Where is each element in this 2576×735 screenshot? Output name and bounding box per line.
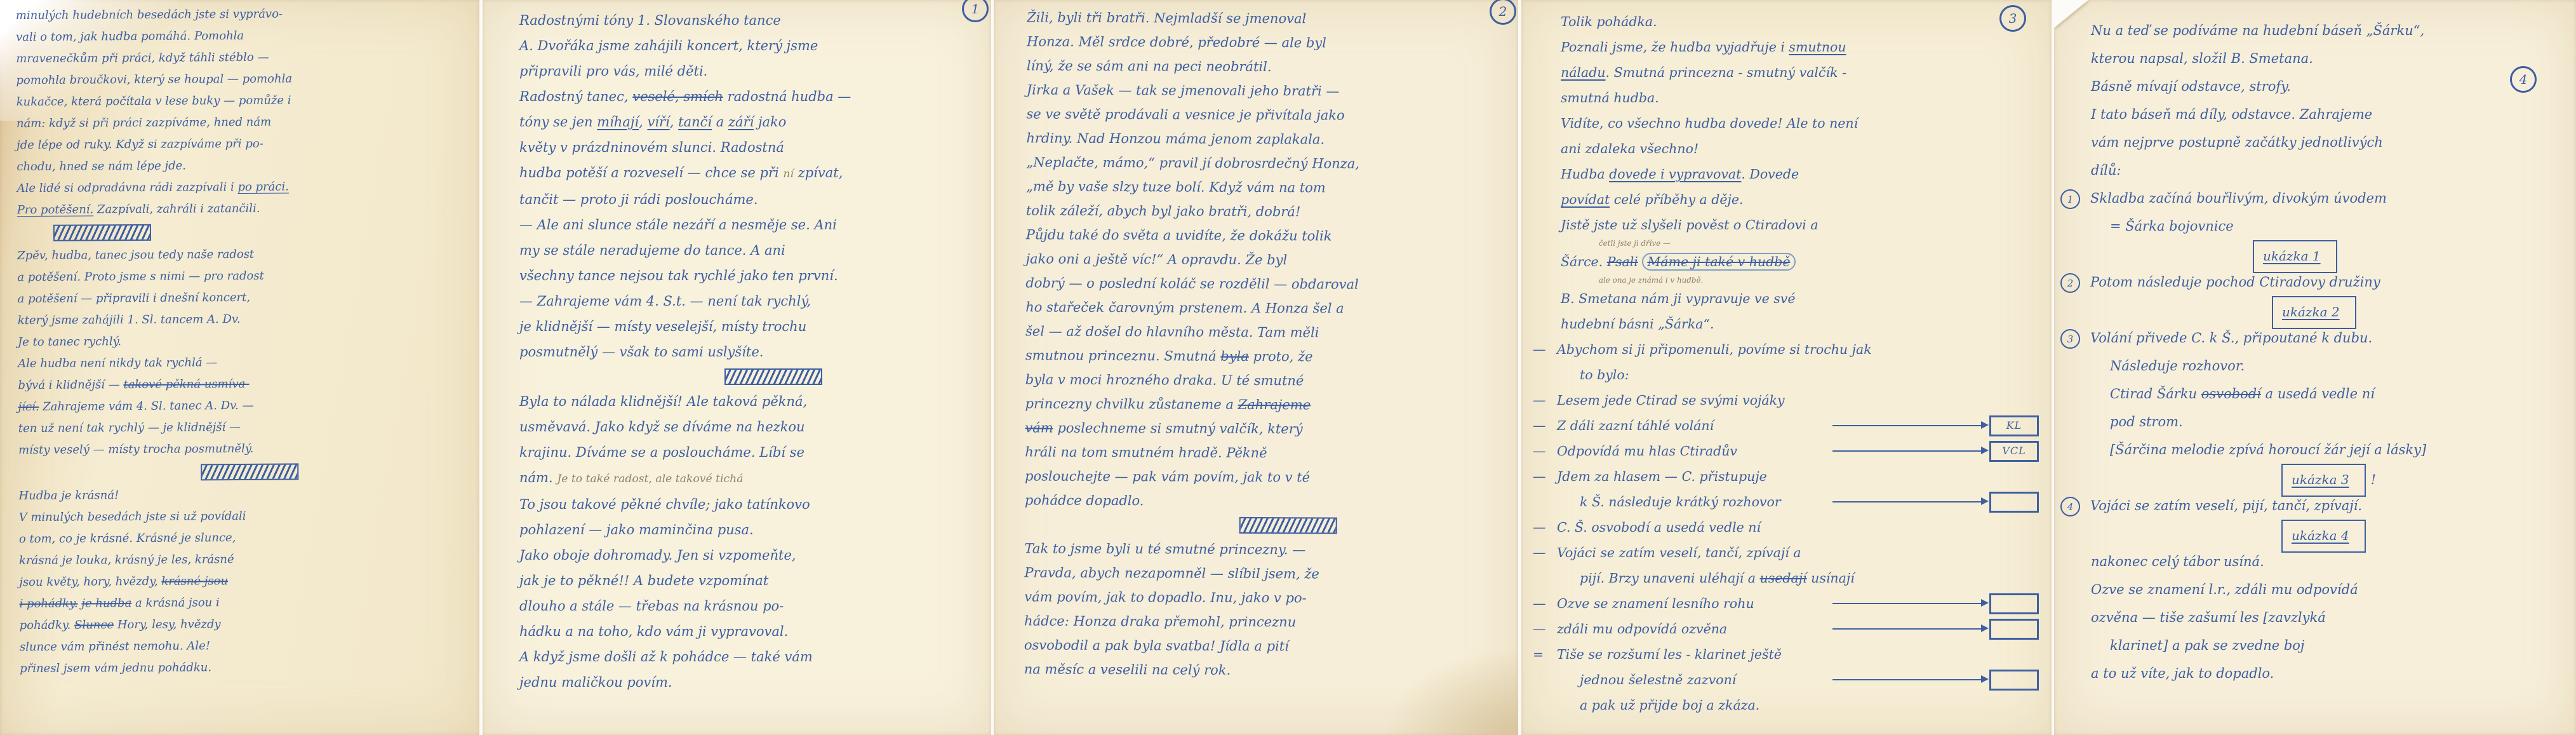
list-dash-marker: —	[1533, 616, 1547, 642]
handwritten-line: bývá i klidnější — takové pěkná usmíva-	[18, 372, 473, 396]
ink-text: víří	[647, 114, 669, 130]
handwritten-line: jak je to pěkné!! A budete vzpomínat	[519, 568, 986, 593]
ink-text: dovede i vypravovat	[1609, 166, 1741, 182]
handwritten-line: osvobodil a pak byla svatba! Jídla a pit…	[1024, 633, 1512, 659]
handwritten-line: Radostnými tóny 1. Slovanského tance	[519, 8, 986, 33]
page-1-text: minulých hudebních besedách jste si vypr…	[0, 0, 479, 680]
handwritten-line: kterou napsal, složil B. Smetana.	[2091, 44, 2567, 72]
ink-text: krajinu. Díváme se a posloucháme. Líbí s…	[519, 445, 804, 460]
handwritten-line: 3Volání přivede C. k Š., připoutané k du…	[2091, 324, 2567, 352]
handwritten-line: Šárce. Psali Máme ji také v hudbě	[1561, 249, 2044, 274]
ink-text: a potěšení. Proto jsme s nimi — pro rado…	[17, 269, 264, 284]
ink-text: byla v moci hrozného draka. U té smutné	[1025, 372, 1304, 388]
ink-text: Žili, byli tři bratři. Nejmladší se jmen…	[1027, 10, 1306, 26]
section-divider	[53, 224, 151, 241]
arrow-line	[1832, 628, 1982, 630]
ink-text: usedají	[1760, 570, 1807, 586]
handwritten-line: Vidíte, co všechno hudba dovede! Ale to …	[1561, 111, 2044, 136]
handwritten-line: 1Skladba začíná bouřlivým, divokým úvode…	[2091, 184, 2567, 212]
ink-text: Šárce.	[1561, 254, 1607, 269]
ink-text: pohlazení — jako maminčina pusa.	[519, 522, 754, 537]
handwritten-line: jící. Zahrajeme vám 4. Sl. tanec A. Dv. …	[18, 394, 474, 418]
ink-text: povídat	[1561, 192, 1610, 207]
ink-text: ani zdaleka všechno!	[1561, 141, 1698, 156]
ink-text: září	[728, 114, 754, 130]
pencil-text: četli jste ji dříve —	[1599, 239, 1671, 248]
list-dash-marker: —	[1533, 591, 1547, 616]
handwritten-line: —Odpovídá mu hlas CtiradůvVCL	[1561, 438, 2044, 464]
ink-text: ,	[639, 114, 647, 130]
ink-text: . Dovede	[1741, 166, 1799, 182]
ink-text: místy veselý — místy trocha posmutnělý.	[18, 442, 253, 457]
handwritten-line: —Jdem za hlasem — C. přistupuje	[1561, 464, 2044, 489]
arrow-line	[1832, 450, 1982, 452]
ink-text: krásná je louka, krásný je les, krásné	[19, 553, 234, 567]
ink-text: a krásná jsou i	[131, 596, 220, 610]
ink-text: Následuje rozhovor.	[2110, 358, 2245, 374]
ink-text: proto, že	[1249, 349, 1313, 364]
handwritten-line: A když jsme došli až k pohádce — také vá…	[519, 644, 986, 670]
handwritten-line: Tolik pohádka.	[1561, 9, 2044, 34]
ink-text: Radostnými tóny 1. Slovanského tance	[519, 13, 781, 28]
ink-text: všechny tance nejsou tak rychlé jako ten…	[519, 268, 838, 283]
handwritten-line: —Z dáli zazní táhlé voláníKL	[1561, 413, 2044, 438]
page-5-text: Nu a teď se podíváme na hudební báseň „Š…	[2054, 0, 2576, 687]
ink-text: Pravda, abych nezapomněl — slíbil jsem, …	[1024, 565, 1319, 581]
ink-text: byla	[1220, 349, 1249, 364]
handwritten-line: I tato báseň má díly, odstavce. Zahrajem…	[2091, 100, 2567, 128]
pencil-note-line: četli jste ji dříve —	[1561, 238, 2044, 249]
ink-text: Poznali jsme, že hudba vyjadřuje i	[1561, 39, 1789, 55]
handwritten-line: vali o tom, jak hudba pomáhá. Pomohla	[16, 24, 471, 48]
ink-text: Pro potěšení.	[17, 203, 94, 217]
handwritten-line: to bylo:	[1561, 362, 2044, 388]
handwritten-line: smutná hudba.	[1561, 85, 2044, 111]
page-4: 3 Tolik pohádka.Poznali jsme, že hudba v…	[1521, 0, 2052, 735]
ink-text: jak je to pěkné!! A budete vzpomínat	[519, 573, 768, 588]
handwritten-line: Ale hudba není nikdy tak rychlá —	[18, 351, 473, 375]
ink-text: Skladba začíná bouřlivým, divokým úvodem	[2090, 191, 2387, 206]
page-3: 2 Žili, byli tři bratři. Nejmladší se jm…	[994, 0, 1518, 735]
handwritten-line: To jsou takové pěkné chvíle; jako tatínk…	[519, 492, 986, 517]
handwritten-line: připravili pro vás, milé děti.	[519, 58, 986, 84]
ink-text: To jsou takové pěkné chvíle; jako tatínk…	[519, 497, 810, 512]
ink-text: květy v prázdninovém slunci. Radostná	[519, 140, 784, 155]
ink-text: Byla to nálada klidnější! Ale taková pěk…	[519, 394, 807, 409]
handwritten-line: Je to tanec rychlý.	[18, 329, 473, 353]
ink-text: hádku a na toho, kdo vám ji vypravoval.	[519, 624, 788, 639]
ink-text: i pohádky.	[19, 597, 77, 611]
handwritten-line: hádku a na toho, kdo vám ji vypravoval.	[519, 619, 986, 644]
ink-text: Odpovídá mu hlas Ctiradův	[1557, 438, 1737, 464]
ink-text: Zpěv, hudba, tanec jsou tedy naše radost	[17, 248, 254, 262]
ink-text: je hudba	[81, 597, 131, 610]
handwritten-line: Pro potěšení. Zazpívali, zahráli i zatan…	[17, 197, 472, 221]
ink-text: Vidíte, co všechno hudba dovede! Ale to …	[1561, 116, 1858, 131]
ink-text: zdáli mu odpovídá ozvěna	[1557, 616, 1727, 642]
ink-text: a to už víte, jak to dopadlo.	[2091, 666, 2274, 681]
ink-text: pijí. Brzy unaveni uléhají a	[1580, 570, 1760, 586]
handwritten-line: jednou šelestně zazvoní	[1561, 667, 2044, 692]
handwritten-line: přinesl jsem vám jednu pohádku.	[20, 656, 475, 680]
ink-text: Hudba je krásná!	[18, 489, 119, 502]
handwritten-line: a potěšení. Proto jsme s nimi — pro rado…	[17, 264, 472, 288]
handwritten-line: pijí. Brzy unaveni uléhají a usedají usí…	[1561, 565, 2044, 591]
ink-text: [Šárčina melodie zpívá horoucí žár její …	[2110, 442, 2426, 457]
handwritten-line: Následuje rozhovor.	[2091, 352, 2567, 380]
ink-text: smutnou princeznu. Smutná	[1025, 347, 1220, 363]
handwritten-line: ho stařeček čarovným prstenem. A Honza š…	[1025, 295, 1513, 321]
handwritten-line: slunce vám přinést nemohu. Ale!	[20, 634, 475, 658]
handwritten-line: Jirka a Vašek — tak se jmenovali jeho br…	[1027, 78, 1514, 104]
handwritten-line: kukačce, která počítala v lese buky — po…	[17, 89, 472, 113]
handwritten-line: k Š. následuje krátký rozhovor	[1561, 489, 2044, 515]
handwritten-line: —C. Š. osvobodí a usedá vedle ní	[1561, 515, 2044, 540]
handwritten-line: jako oni a ještě víc!“ A opravdu. Že byl	[1025, 246, 1513, 273]
ink-text: nám.	[519, 470, 557, 485]
handwritten-line: minulých hudebních besedách jste si vypr…	[16, 3, 471, 27]
handwritten-line: tolik záleží, abych byl jako bratři, dob…	[1026, 198, 1514, 224]
handwritten-line: na měsíc a veselili na celý rok.	[1024, 657, 1512, 683]
sample-label-suffix: !	[2371, 472, 2376, 487]
ink-text: usměvavá. Jako když se díváme na hezkou	[519, 419, 805, 435]
handwritten-line: dílů:	[2091, 156, 2567, 184]
ink-text: poslechneme si smutný valčík, který	[1053, 421, 1303, 437]
ink-text: krásné jsou	[161, 574, 228, 588]
ink-text: hudba potěší a rozveselí — chce se při	[519, 165, 783, 180]
handwritten-line: ani zdaleka všechno!	[1561, 136, 2044, 161]
ink-text: který jsme zahájili 1. Sl. tancem A. Dv.	[18, 313, 241, 327]
handwritten-line: byla v moci hrozného draka. U té smutné	[1025, 367, 1513, 393]
pencil-text: ale ona je známá i v hudbě.	[1599, 276, 1703, 285]
ink-text: vám nejprve postupně začátky jednotlivýc…	[2091, 135, 2383, 150]
ink-text: = Šárka bojovnice	[2110, 219, 2234, 234]
ink-text: Slunce	[74, 618, 114, 631]
empty-cue-box	[1989, 492, 2039, 513]
ink-text: „Neplačte, mámo,“ pravil jí dobrosrdečný…	[1026, 154, 1359, 171]
handwritten-line: náladu. Smutná princezna - smutný valčík…	[1561, 60, 2044, 85]
handwritten-line: šel — až došel do hlavního města. Tam mě…	[1025, 319, 1513, 345]
ink-text: Ozve se znamení lesního rohu	[1557, 591, 1754, 616]
arrow-line	[1832, 603, 1982, 605]
pencil-note-line: ale ona je známá i v hudbě.	[1561, 274, 2044, 286]
handwritten-line: 2Potom následuje pochod Ctiradovy družin…	[2091, 268, 2567, 296]
handwritten-line: a to už víte, jak to dopadlo.	[2091, 659, 2567, 687]
ink-text: Psali	[1607, 254, 1638, 269]
handwritten-line: A. Dvořáka jsme zahájili koncert, který …	[519, 33, 986, 58]
list-dash-marker: —	[1533, 413, 1547, 438]
ink-text: usínají	[1807, 570, 1855, 586]
ink-text: — Zahrajeme vám 4. S.t. — není tak rychl…	[519, 293, 811, 309]
handwritten-line: poslouchejte — pak vám povím, jak to v t…	[1025, 464, 1512, 490]
section-divider	[724, 368, 822, 385]
page-2-text: Radostnými tóny 1. Slovanského tanceA. D…	[483, 0, 991, 695]
ink-text: smutnou	[1789, 39, 1846, 55]
ink-text: osvobodí	[2201, 386, 2261, 401]
ink-text: a potěšení — připravili i dnešní koncert…	[18, 291, 251, 306]
ink-text: tóny se jen	[519, 114, 597, 130]
list-dash-marker: —	[1533, 540, 1547, 565]
ink-text: bývá i klidnější —	[18, 378, 123, 392]
ink-text: B. Smetana nám ji vypravuje ve své	[1561, 291, 1795, 306]
ink-text: A. Dvořáka jsme zahájili koncert, který …	[519, 38, 818, 53]
ink-text: a	[712, 114, 728, 130]
ink-text: nakonec celý tábor usíná.	[2091, 554, 2264, 569]
handwritten-line: se ve světě prodávali a vesnice je přiví…	[1026, 102, 1514, 128]
ink-text: Lesem jede Ctirad se svými vojáky	[1557, 393, 1785, 408]
handwritten-line: pohádky. Slunce Hory, lesy, hvězdy	[20, 612, 475, 637]
ink-text: poslouchejte — pak vám povím, jak to v t…	[1025, 468, 1310, 485]
circled-item-number: 4	[2060, 497, 2080, 516]
ink-text: o tom, co je krásné. Krásné je slunce,	[19, 531, 236, 546]
handwritten-line: Hudba dovede i vypravovat. Dovede	[1561, 161, 2044, 187]
ink-text: Abychom si ji připomenuli, povíme si tro…	[1557, 342, 1872, 357]
ink-text: osvobodil a pak byla svatba! Jídla a pit…	[1024, 637, 1289, 654]
ink-text: kukačce, která počítala v lese buky — po…	[17, 93, 291, 109]
handwritten-line: 4Vojáci se zatím veselí, pijí, tančí, zp…	[2091, 492, 2567, 520]
ink-text: a usedá vedle ní	[2261, 386, 2375, 401]
ink-text: líný, že se sám ani na peci neobrátil.	[1027, 58, 1272, 74]
section-divider	[201, 463, 298, 480]
ink-text: tolik záleží, abych byl jako bratři, dob…	[1026, 203, 1301, 219]
ink-text: ho stařeček čarovným prstenem. A Honza š…	[1025, 299, 1344, 316]
handwritten-line: usměvavá. Jako když se díváme na hezkou	[519, 414, 986, 440]
ink-text: radostná hudba —	[723, 89, 851, 104]
circled-item-number: 2	[2060, 273, 2080, 293]
arrow-line	[1832, 501, 1982, 503]
ink-text: Básně mívají odstavce, strofy.	[2091, 79, 2291, 94]
handwritten-line: princezny chvilku zůstaneme a Zahrajeme	[1025, 391, 1512, 417]
ink-text: Hudba	[1561, 166, 1609, 182]
handwritten-line: dlouho a stále — třebas na krásnou po-	[519, 593, 986, 619]
handwritten-line: hudba potěší a rozveselí — chce se při n…	[519, 160, 986, 187]
ink-text: chodu, hned se nám lépe jde.	[17, 159, 186, 174]
ink-text: hudební básni „Šárka“.	[1561, 316, 1714, 332]
handwritten-line: — Zahrajeme vám 4. S.t. — není tak rychl…	[519, 288, 986, 314]
list-dash-marker: —	[1533, 337, 1547, 362]
handwritten-line: Půjdu také do světa a uvidíte, že dokážu…	[1026, 222, 1514, 248]
ink-text: pomohla broučkovi, který se houpal — pom…	[16, 72, 292, 87]
handwritten-line: vám povím, jak to dopadlo. Inu, jako v p…	[1024, 584, 1512, 610]
ink-text: Vojáci se zatím veselí, tančí, zpívají a	[1557, 545, 1801, 560]
handwritten-line: jednu maličkou povím.	[519, 670, 986, 695]
ink-text: minulých hudebních besedách jste si vypr…	[16, 8, 283, 23]
ink-text: Tolik pohádka.	[1561, 14, 1657, 29]
section-divider	[1239, 517, 1337, 534]
page-3-text: Žili, byli tři bratři. Nejmladší se jmen…	[994, 0, 1518, 684]
ink-text: jsou květy, hory, hvězdy,	[19, 575, 161, 589]
ink-text: klarinet] a pak se zvedne boj	[2110, 638, 2304, 653]
ink-text: přinesl jsem vám jednu pohádku.	[20, 661, 211, 675]
ink-text: slunce vám přinést nemohu. Ale!	[20, 639, 210, 654]
ink-text: tančit — proto ji rádi posloucháme.	[519, 192, 758, 207]
ink-text: Vojáci se zatím veselí, pijí, tančí, zpí…	[2090, 498, 2362, 513]
ink-text: Potom následuje pochod Ctiradovy družiny	[2090, 274, 2380, 290]
list-dash-marker: —	[1533, 515, 1547, 540]
handwritten-line: Tak to jsme byli u té smutné princezny. …	[1024, 536, 1512, 562]
ink-text: nám: když si při práci zazpíváme, hned n…	[17, 116, 271, 130]
music-sample-row: ukázka 2	[2272, 296, 2567, 324]
empty-cue-box	[1989, 670, 2039, 691]
ink-text: Jako oboje dohromady. Jen si vzpomeňte,	[519, 548, 796, 563]
ink-text: míhají	[597, 114, 639, 130]
ink-text: ozvěna — tiše zašumí les [zavzlyká	[2091, 610, 2326, 625]
ink-text: dlouho a stále — třebas na krásnou po-	[519, 598, 784, 614]
ink-text: kterou napsal, složil B. Smetana.	[2091, 51, 2313, 66]
handwritten-line: —Abychom si ji připomenuli, povíme si tr…	[1561, 337, 2044, 362]
ink-text: Ozve se znamení l.r., zdáli mu odpovídá	[2091, 582, 2358, 597]
page-2: 1 Radostnými tóny 1. Slovanského tanceA.…	[483, 0, 991, 735]
handwritten-line: ozvěna — tiše zašumí les [zavzlyká	[2091, 604, 2567, 631]
ink-text: je klidnější — místy veselejší, místy tr…	[519, 319, 806, 334]
ink-text: šel — až došel do hlavního města. Tam mě…	[1025, 323, 1319, 340]
handwritten-line: vám nejprve postupně začátky jednotlivýc…	[2091, 128, 2567, 156]
empty-cue-box	[1989, 619, 2039, 640]
ink-text: Zazpívali, zahráli i zatančili.	[93, 202, 260, 217]
empty-cue-box	[1989, 593, 2039, 614]
handwritten-line: „mě by vaše slzy tuze bolí. Když vám na …	[1026, 174, 1514, 200]
handwritten-line: Poznali jsme, že hudba vyjadřuje i smutn…	[1561, 34, 2044, 60]
ink-text: Nu a teď se podíváme na hudební báseň „Š…	[2091, 23, 2424, 38]
handwritten-line: Ale lidé si odpradávna rádi zazpívali i …	[17, 175, 472, 199]
ink-text: a pak už přijde boj a zkáza.	[1580, 698, 1759, 713]
handwritten-line: Básně mívají odstavce, strofy.	[2091, 72, 2567, 100]
handwritten-line: =Tiše se rozšumí les - klarinet ještě	[1561, 642, 2044, 667]
handwritten-line: jsou květy, hory, hvězdy, krásné jsou	[19, 569, 474, 593]
handwritten-line: posmutnělý — však to sami uslyšíte.	[519, 339, 986, 365]
ink-text: my se stále neradujeme do tance. A ani	[519, 243, 785, 258]
ink-text: Z dáli zazní táhlé volání	[1557, 413, 1714, 438]
ink-text: se ve světě prodávali a vesnice je přiví…	[1027, 106, 1345, 123]
handwritten-line: který jsme zahájili 1. Sl. tancem A. Dv.	[18, 307, 473, 332]
music-sample-label: ukázka 4	[2281, 520, 2366, 553]
ink-text: pod strom.	[2110, 414, 2183, 429]
handwritten-line: a pak už přijde boj a zkáza.	[1561, 692, 2044, 718]
music-sample-row: ukázka 4	[2281, 520, 2567, 548]
handwritten-line: tóny se jen míhají, víří, tančí a září j…	[519, 109, 986, 135]
ink-text: Tak to jsme byli u té smutné princezny. …	[1025, 541, 1306, 557]
handwritten-line: líný, že se sám ani na peci neobrátil.	[1027, 53, 1514, 79]
ink-text: smutná hudba.	[1561, 90, 1659, 105]
ink-text: jako oni a ještě víc!“ A opravdu. Že byl	[1026, 251, 1288, 267]
handwritten-line: jde lépe od ruky. Když si zazpíváme při …	[17, 132, 472, 156]
list-dash-marker: —	[1533, 438, 1547, 464]
ink-text: Hory, lesy, hvězdy	[114, 617, 221, 631]
handwritten-line: Ozve se znamení l.r., zdáli mu odpovídá	[2091, 576, 2567, 604]
ink-text: „mě by vaše slzy tuze bolí. Když vám na …	[1026, 179, 1326, 195]
list-dash-marker: =	[1533, 642, 1547, 667]
ink-text: dílů:	[2091, 163, 2121, 178]
handwritten-line: chodu, hned se nám lépe jde.	[17, 154, 472, 178]
ink-text: jednu maličkou povím.	[519, 675, 672, 690]
handwritten-line: Honza. Měl srdce dobré, předobré — ale b…	[1027, 29, 1514, 55]
ink-text: vali o tom, jak hudba pomáhá. Pomohla	[16, 29, 244, 44]
ink-text: připravili pro vás, milé děti.	[519, 64, 707, 79]
ink-text: Tiše se rozšumí les - klarinet ještě	[1557, 647, 1782, 662]
ink-text: Zahrajeme vám 4. Sl. tanec A. Dv. —	[39, 399, 253, 414]
handwritten-line: Jako oboje dohromady. Jen si vzpomeňte,	[519, 543, 986, 568]
ink-text: Honza. Měl srdce dobré, předobré — ale b…	[1027, 34, 1326, 50]
ink-text: Ctirad Šárku	[2110, 386, 2201, 401]
handwritten-line: [Šárčina melodie zpívá horoucí žár její …	[2091, 436, 2567, 464]
ink-text: ,	[670, 114, 678, 130]
handwritten-line: —Vojáci se zatím veselí, tančí, zpívají …	[1561, 540, 2044, 565]
circled-item-number: 1	[2060, 189, 2080, 209]
ink-text: ten už není tak rychlý — je klidnější —	[18, 421, 241, 435]
ink-text: k Š. následuje krátký rozhovor	[1580, 489, 1781, 515]
handwritten-line: Zpěv, hudba, tanec jsou tedy naše radost	[17, 243, 472, 267]
ink-text: pohádce dopadlo.	[1025, 492, 1144, 508]
handwritten-line: mravenečkům při práci, když táhli stéblo…	[16, 46, 471, 70]
ink-text: to bylo:	[1580, 367, 1629, 382]
handwritten-line: smutnou princeznu. Smutná byla proto, že	[1025, 343, 1513, 369]
handwritten-line: hrdiny. Nad Honzou máma jenom zaplakala.	[1026, 126, 1514, 152]
handwritten-line: vám poslechneme si smutný valčík, který	[1025, 415, 1512, 442]
handwritten-line: V minulých besedách jste si už povídali	[19, 504, 474, 529]
list-dash-marker: —	[1533, 464, 1547, 489]
ink-text: vám	[1025, 420, 1053, 435]
ink-text: princezny chvilku zůstaneme a	[1025, 396, 1238, 412]
handwritten-line: my se stále neradujeme do tance. A ani	[519, 238, 986, 263]
ink-text: posmutnělý — však to sami uslyšíte.	[519, 344, 763, 360]
ink-text: Jdem za hlasem — C. přistupuje	[1557, 469, 1767, 484]
handwritten-line: nám. Je to také radost, ale takové tichá	[519, 465, 986, 492]
pencil-text: ní	[783, 168, 794, 180]
handwritten-line: —zdáli mu odpovídá ozvěna	[1561, 616, 2044, 642]
ink-text: po práci.	[237, 180, 289, 194]
pencil-text: Je to také radost, ale takové tichá	[557, 473, 743, 485]
handwritten-line: hráli na tom smutném hradě. Pěkně	[1025, 440, 1512, 466]
handwritten-line: B. Smetana nám ji vypravuje ve své	[1561, 286, 2044, 311]
ink-text: Jirka a Vašek — tak se jmenovali jeho br…	[1027, 82, 1340, 98]
handwritten-line: hádce: Honza draka přemohl, princeznu	[1024, 609, 1512, 635]
ink-text: tančí	[678, 114, 712, 130]
arrow-line	[1832, 425, 1982, 427]
ink-text: Zahrajeme	[1238, 397, 1311, 412]
ink-text: — Ale ani slunce stále nezáří a nesměje …	[519, 217, 837, 233]
page-5: 4 Nu a teď se podíváme na hudební báseň …	[2054, 0, 2576, 735]
instrument-cue-box: VCL	[1989, 441, 2039, 462]
handwritten-line: povídat celé příběhy a děje.	[1561, 187, 2044, 212]
ink-text: Ale lidé si odpradávna rádi zazpívali i	[17, 180, 237, 195]
ink-text: veselé, smích	[632, 89, 723, 104]
handwritten-line: ten už není tak rychlý — je klidnější —	[18, 415, 474, 440]
ink-text: celé příběhy a děje.	[1610, 192, 1743, 207]
page-1: minulých hudebních besedách jste si vypr…	[0, 0, 479, 735]
page-4-text: Tolik pohádka.Poznali jsme, že hudba vyj…	[1521, 0, 2052, 718]
ink-text: jednou šelestně zazvoní	[1580, 667, 1736, 692]
ink-text: Jistě jste už slyšeli pověst o Ctiradovi…	[1561, 217, 1819, 233]
handwritten-line: pohádce dopadlo.	[1025, 488, 1512, 514]
ink-text: Půjdu také do světa a uvidíte, že dokážu…	[1026, 227, 1332, 243]
ink-text: Ale hudba není nikdy tak rychlá —	[18, 356, 217, 370]
handwritten-line: místy veselý — místy trocha posmutnělý.	[18, 437, 474, 461]
ink-text: Radostný tanec,	[519, 89, 632, 104]
ink-text: Máme ji také v hudbě	[1642, 253, 1795, 271]
handwritten-line: pod strom.	[2091, 408, 2567, 436]
handwritten-line: nám: když si při práci zazpíváme, hned n…	[17, 111, 472, 135]
handwritten-line: Radostný tanec, veselé, smích radostná h…	[519, 84, 986, 109]
ink-text: na měsíc a veselili na celý rok.	[1024, 661, 1231, 677]
handwritten-line: = Šárka bojovnice	[2091, 212, 2567, 240]
handwritten-line: krásná je louka, krásný je les, krásné	[19, 548, 474, 572]
ink-text: Je to tanec rychlý.	[18, 335, 121, 349]
music-sample-row: ukázka 1	[2253, 240, 2567, 268]
ink-text: mravenečkům při práci, když táhli stéblo…	[16, 51, 269, 65]
handwritten-line: o tom, co je krásné. Krásné je slunce,	[19, 526, 474, 550]
ink-text: . Smutná princezna - smutný valčík -	[1606, 65, 1846, 80]
ink-text: I tato báseň má díly, odstavce. Zahrajem…	[2091, 107, 2372, 122]
